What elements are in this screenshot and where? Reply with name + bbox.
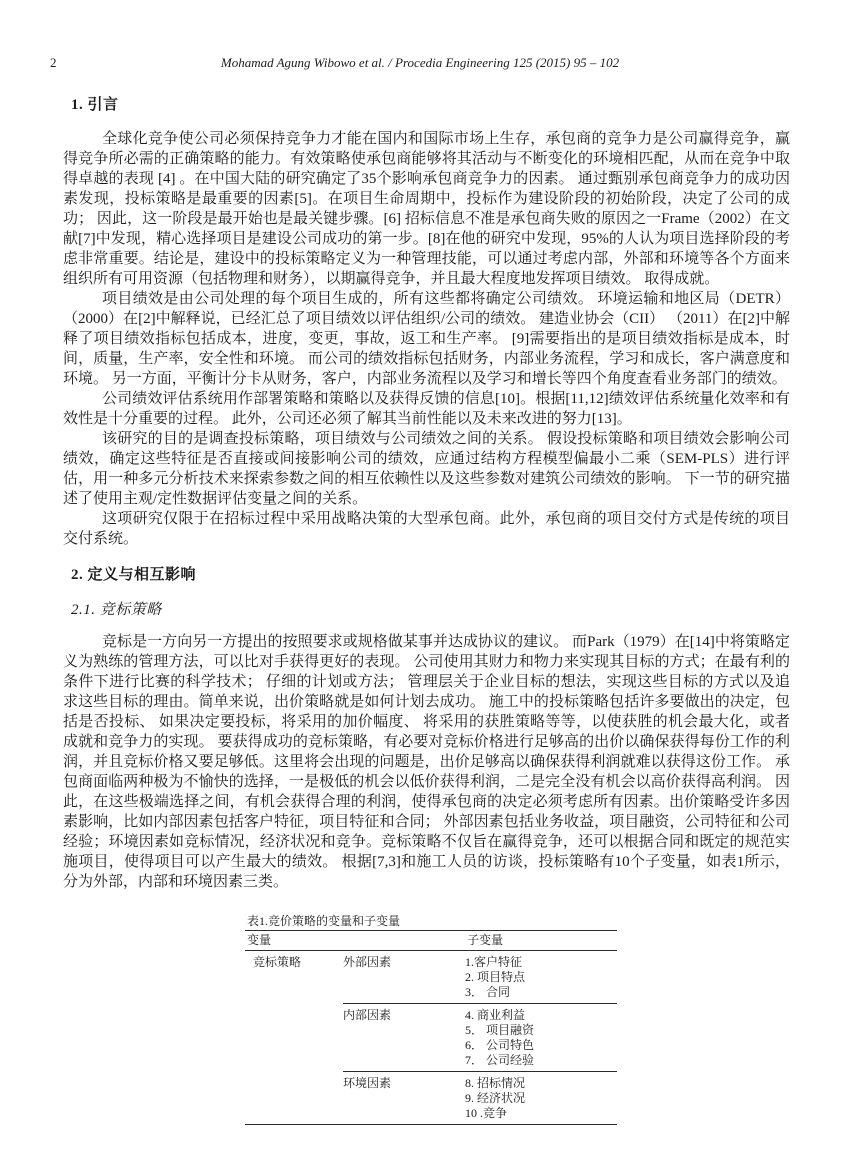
table-subvariable-item: 2. 项目特点 bbox=[465, 970, 617, 984]
table-subvariable-item: 4. 商业利益 bbox=[465, 1008, 617, 1022]
paragraph-intro-4: 该研究的目的是调查投标策略，项目绩效与公司绩效之间的关系。 假设投标策略和项目绩… bbox=[63, 429, 790, 509]
table-row-environmental-factors: 环境因素 8. 招标情况 9. 经济状况 10 .竞争 bbox=[245, 1071, 617, 1124]
paragraph-bidding-strategy: 竞标是一方向另一方提出的按照要求或规格做某事并达成协议的建议。 而Park（19… bbox=[63, 632, 790, 892]
table-row-external-factors: 竞标策略 外部因素 1.客户特征 2. 项目特点 3． 合同 bbox=[245, 951, 617, 1003]
section-2-heading: 2. 定义与相互影响 bbox=[71, 565, 790, 585]
table-subvariable-item: 8. 招标情况 bbox=[465, 1076, 617, 1090]
table-subvariable-item: 6． 公司特色 bbox=[465, 1038, 617, 1052]
table-row-internal-factors: 内部因素 4. 商业利益 5． 项目融资 6． 公司特色 7． 公司经验 bbox=[245, 1003, 617, 1071]
running-title: Mohamad Agung Wibowo et al. / Procedia E… bbox=[50, 55, 790, 70]
paper-page: 2 Mohamad Agung Wibowo et al. / Procedia… bbox=[0, 0, 847, 1155]
table-col-header-variable: 变量 bbox=[247, 933, 467, 947]
table-subvariable-item: 7． 公司经验 bbox=[465, 1053, 617, 1067]
table-cell-factor: 环境因素 bbox=[343, 1076, 465, 1121]
table-subvariable-item: 9. 经济状况 bbox=[465, 1091, 617, 1105]
table-1-caption: 表1.竞价策略的变量和子变量 bbox=[245, 914, 617, 931]
paragraph-intro-3: 公司绩效评估系统用作部署策略和策略以及获得反馈的信息[10]。根据[11,12]… bbox=[63, 389, 790, 429]
table-1-header-row: 变量 子变量 bbox=[245, 931, 617, 951]
paragraph-intro-2: 项目绩效是由公司处理的每个项目生成的，所有这些都将确定公司绩效。 环境运输和地区… bbox=[63, 289, 790, 389]
table-1: 表1.竞价策略的变量和子变量 变量 子变量 竞标策略 外部因素 1.客户特征 2… bbox=[245, 914, 617, 1125]
page-number: 2 bbox=[50, 55, 57, 70]
paragraph-intro-1: 全球化竞争使公司必须保持竞争力才能在国内和国际市场上生存，承包商的竞争力是公司赢… bbox=[63, 129, 790, 289]
table-col-header-subvariable: 子变量 bbox=[467, 933, 617, 947]
table-subvariable-item: 3． 合同 bbox=[465, 985, 617, 999]
table-subvariable-item: 1.客户特征 bbox=[465, 955, 617, 969]
article-body: 1. 引言 全球化竞争使公司必须保持竞争力才能在国内和国际市场上生存，承包商的竞… bbox=[63, 95, 790, 1125]
table-subvariable-item: 10 .竞争 bbox=[465, 1106, 617, 1120]
table-1-body: 竞标策略 外部因素 1.客户特征 2. 项目特点 3． 合同 内部因素 bbox=[245, 951, 617, 1125]
subsection-2-1-heading: 2.1. 竞标策略 bbox=[71, 600, 790, 620]
section-1-heading: 1. 引言 bbox=[71, 95, 790, 115]
table-cell-variable: 竞标策略 bbox=[245, 951, 343, 1003]
table-cell-factor: 外部因素 bbox=[343, 955, 465, 1000]
paragraph-intro-5: 这项研究仅限于在招标过程中采用战略决策的大型承包商。此外，承包商的项目交付方式是… bbox=[63, 509, 790, 549]
table-cell-factor: 内部因素 bbox=[343, 1008, 465, 1068]
page-header: 2 Mohamad Agung Wibowo et al. / Procedia… bbox=[50, 55, 790, 70]
table-subvariable-item: 5． 项目融资 bbox=[465, 1023, 617, 1037]
